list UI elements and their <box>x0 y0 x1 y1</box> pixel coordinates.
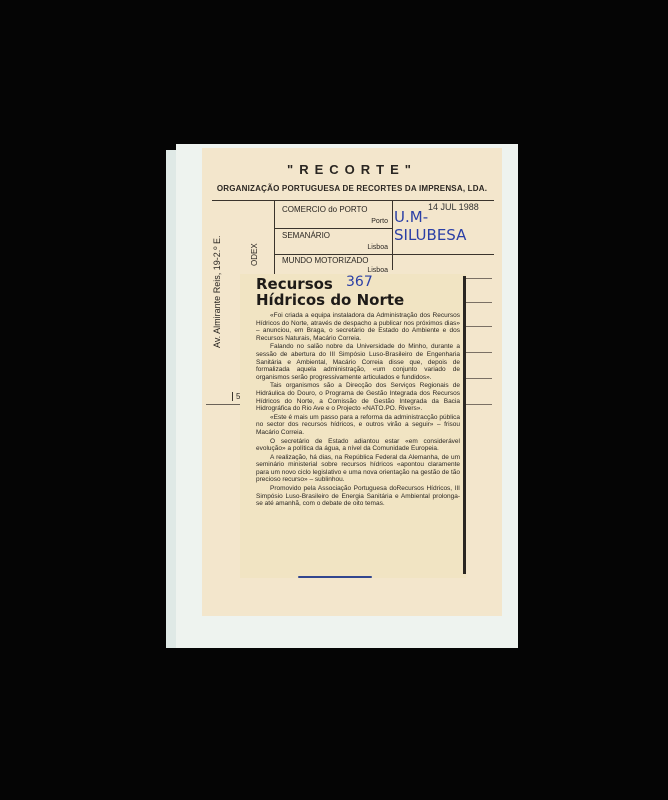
divider <box>274 228 392 229</box>
paragraph: Falando no salão nobre da Universidade d… <box>256 343 460 381</box>
publication-name: MUNDO MOTORIZADO <box>282 256 369 265</box>
publication-name: COMERCIO do PORTO <box>282 205 368 214</box>
publication-city: Lisboa <box>352 267 388 274</box>
paragraph: A realização, há dias, na República Fede… <box>256 454 460 484</box>
agency-address: Av. Almirante Reis, 19-2.º E. <box>212 236 222 349</box>
article-headline: Recursos Hídricos do Norte <box>256 276 404 308</box>
divider <box>274 254 494 255</box>
paragraph: «Este é mais um passo para a reforma da … <box>256 414 460 437</box>
divider <box>392 200 393 270</box>
paragraph: Promovido pela Associação Portuguesa doR… <box>256 485 460 508</box>
headline-line-2: Hídricos do Norte <box>256 291 404 309</box>
article-body: «Foi criada a equipa instaladora da Admi… <box>256 312 460 509</box>
publication-name: SEMANÁRIO <box>282 231 330 240</box>
agency-subtitle: ORGANIZAÇÃO PORTUGUESA DE RECORTES DA IM… <box>202 184 502 193</box>
paragraph: O secretário de Estado adiantou estar «e… <box>256 438 460 453</box>
clipping-edge-rule <box>463 276 466 574</box>
divider <box>212 200 494 201</box>
pen-underline <box>298 576 372 578</box>
newspaper-clipping: Recursos Hídricos do Norte 367 «Foi cria… <box>240 274 466 578</box>
paragraph: Tais organismos são a Direcção dos Servi… <box>256 382 460 412</box>
paragraph: «Foi criada a equipa instaladora da Admi… <box>256 312 460 342</box>
handwritten-number: 367 <box>346 274 373 290</box>
handwritten-note: U.M- SILUBESA <box>394 208 502 244</box>
agency-title: "RECORTE" <box>202 162 502 177</box>
publication-city: Porto <box>352 218 388 225</box>
code-label: ODEX <box>250 243 259 266</box>
publication-city: Lisboa <box>352 244 388 251</box>
backing-sheet-edge <box>166 150 176 648</box>
